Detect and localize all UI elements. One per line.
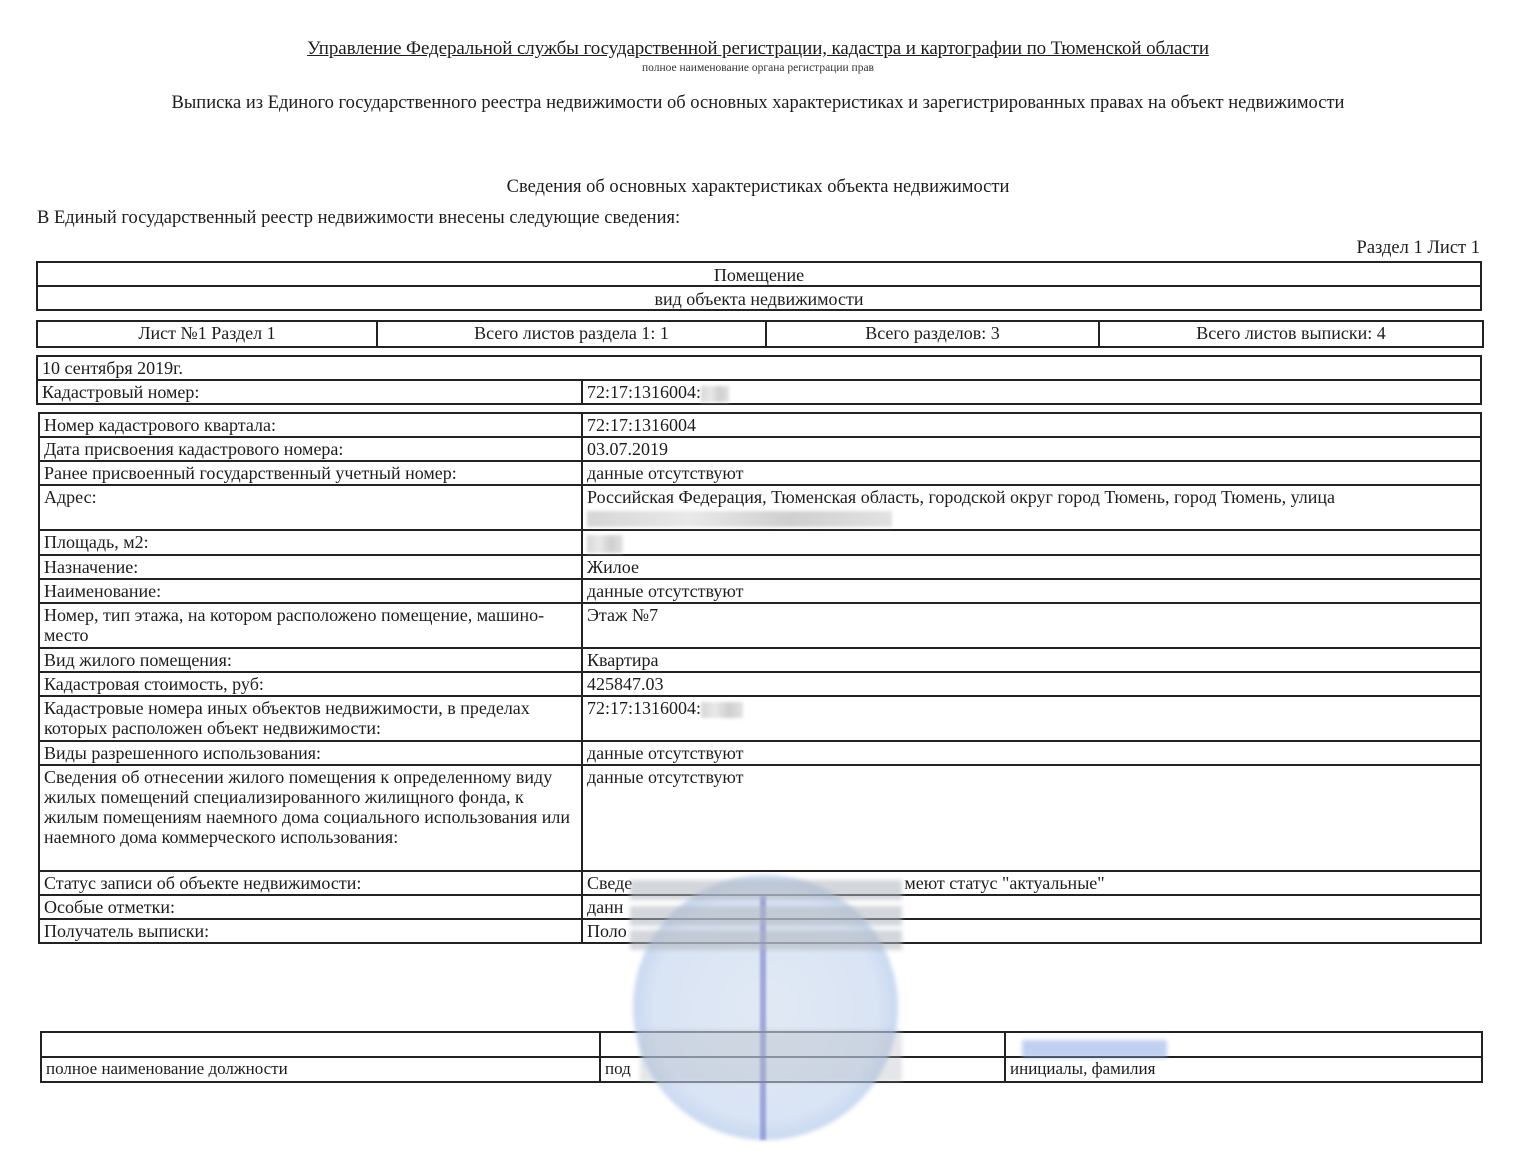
table-row: Сведения об отнесении жилого помещения к… xyxy=(39,765,1481,871)
redacted-block xyxy=(587,535,623,553)
sheets-total: Всего листов выписки: 4 xyxy=(1099,321,1483,347)
table-row: Площадь, м2: xyxy=(39,530,1481,555)
table-row: Кадастровая стоимость, руб:425847.03 xyxy=(39,672,1481,696)
authority-caption: полное наименование органа регистрации п… xyxy=(0,62,1516,74)
redacted-block xyxy=(701,702,743,718)
object-type-caption: вид объекта недвижимости xyxy=(37,286,1481,310)
section-sheets-count: Всего листов раздела 1: 1 xyxy=(377,321,766,347)
redacted-block xyxy=(630,906,902,926)
object-type: Помещение xyxy=(37,262,1481,286)
table-row: Номер, тип этажа, на котором расположено… xyxy=(39,603,1481,648)
position-caption: полное наименование должности xyxy=(41,1057,600,1082)
extract-date: 10 сентября 2019г. xyxy=(37,356,1481,380)
document-title: Выписка из Единого государственного реес… xyxy=(0,93,1516,114)
redacted-block xyxy=(640,1030,902,1082)
table-row: Кадастровые номера иных объектов недвижи… xyxy=(39,696,1481,741)
cadastral-number-value: 72:17:1316004: xyxy=(582,380,1481,404)
section-title: Сведения об основных характеристиках объ… xyxy=(0,177,1516,198)
area-value xyxy=(582,530,1481,555)
redacted-block xyxy=(630,880,902,900)
table-row: Назначение:Жилое xyxy=(39,555,1481,579)
cadastral-number-label: Кадастровый номер: xyxy=(37,380,582,404)
table-row: Номер кадастрового квартала:72:17:131600… xyxy=(39,413,1481,437)
redacted-signer-name xyxy=(1022,1040,1167,1058)
table-row: Дата присвоения кадастрового номера:03.0… xyxy=(39,437,1481,461)
sheet-number: Лист №1 Раздел 1 xyxy=(37,321,377,347)
redacted-block xyxy=(701,386,729,402)
redacted-block xyxy=(630,930,902,950)
name-caption: инициалы, фамилия xyxy=(1005,1057,1482,1082)
object-type-table: Помещение вид объекта недвижимости xyxy=(36,261,1482,311)
table-row: Наименование:данные отсутствуют xyxy=(39,579,1481,603)
redacted-block xyxy=(587,511,892,527)
table-row: Адрес: Российская Федерация, Тюменская о… xyxy=(39,485,1481,530)
address-value: Российская Федерация, Тюменская область,… xyxy=(582,485,1481,530)
table-row: Вид жилого помещения:Квартира xyxy=(39,648,1481,672)
sheet-meta-table: Лист №1 Раздел 1 Всего листов раздела 1:… xyxy=(36,320,1484,348)
table-row: Ранее присвоенный государственный учетны… xyxy=(39,461,1481,485)
date-cadastral-table: 10 сентября 2019г. Кадастровый номер: 72… xyxy=(36,355,1482,405)
sections-total: Всего разделов: 3 xyxy=(766,321,1099,347)
registration-authority: Управление Федеральной службы государств… xyxy=(0,38,1516,60)
characteristics-table: Номер кадастрового квартала:72:17:131600… xyxy=(38,412,1482,944)
sheet-reference: Раздел 1 Лист 1 xyxy=(1357,238,1480,259)
table-row: Виды разрешенного использования:данные о… xyxy=(39,741,1481,765)
intro-text: В Единый государственный реестр недвижим… xyxy=(37,208,680,229)
